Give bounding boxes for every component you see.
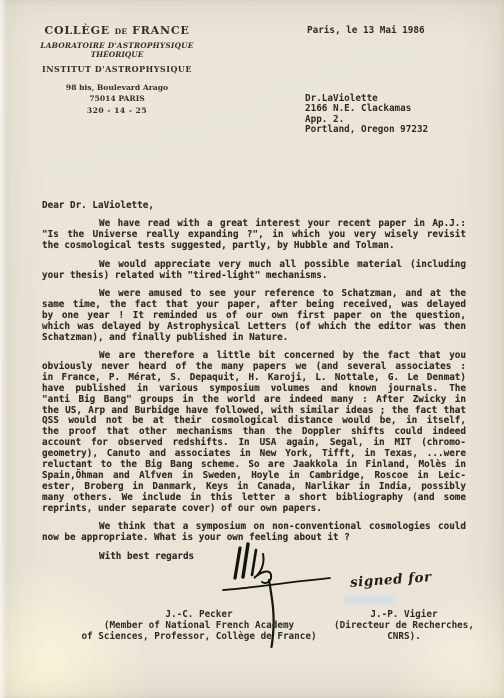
- text-line: your thesis) related with "tired-light" …: [42, 271, 466, 282]
- letterhead-org-name: COLLÈGE DE FRANCE: [34, 24, 200, 37]
- text-line: We would appreciate very much all possib…: [42, 260, 466, 271]
- signer-title-vigier: (Directeur de Recherches,CNRS).: [325, 620, 483, 642]
- letter-paragraph: We are therefore a little bit concerned …: [42, 351, 466, 515]
- letter-body: Dear Dr. LaViolette, We have read with a…: [42, 201, 466, 563]
- text-line: (Member of National French Academy: [38, 620, 360, 631]
- letterhead-institute: INSTITUT D'ASTROPHYSIQUE: [34, 64, 200, 74]
- org-word-de: DE: [115, 27, 128, 36]
- signer-name-pecker: J.-C. Pecker: [38, 609, 360, 620]
- letter-paragraph: We were amused to see your reference to …: [42, 289, 466, 344]
- letter-paragraph: We would appreciate very much all possib…: [42, 260, 466, 282]
- letterhead-street: 98 bis, Boulevard Arago: [34, 82, 200, 93]
- letter-paragraph: We have read with a great interest your …: [42, 219, 466, 252]
- signature-left: J.-C. Pecker (Member of National French …: [38, 609, 360, 642]
- text-line: now be appropriate. What is your own fee…: [42, 533, 466, 544]
- text-line: of Sciences, Professor, Collège de Franc…: [38, 631, 360, 642]
- text-line: reprints, under separate cover) of our o…: [42, 504, 466, 515]
- letterhead: COLLÈGE DE FRANCE LABORATOIRE D'ASTROPHY…: [34, 24, 200, 115]
- letter-paragraph: We think that a symposium on non-convent…: [42, 522, 466, 544]
- paragraphs-container: We have read with a great interest your …: [42, 219, 466, 543]
- text-line: Schatzman), and finally published in Nat…: [42, 333, 466, 344]
- signature-right: J.-P. Vigier (Directeur de Recherches,CN…: [325, 609, 483, 642]
- scanned-letter-page: COLLÈGE DE FRANCE LABORATOIRE D'ASTROPHY…: [0, 0, 504, 698]
- correction-smudge: [344, 595, 394, 605]
- text-line: "anti Big Bang" groups in the world are …: [42, 395, 466, 406]
- letterhead-city: 75014 PARIS: [34, 93, 200, 104]
- recipient-address: Dr.LaViolette2166 N.E. ClackamasApp. 2.P…: [305, 94, 428, 136]
- text-line: which was delayed by Astrophysical Lette…: [42, 322, 466, 333]
- org-word-france: FRANCE: [132, 24, 189, 37]
- dateline: Paris, le 13 Mai 1986: [307, 25, 425, 36]
- text-line: the cosmological tests suggested, partly…: [42, 241, 466, 252]
- text-line: Portland, Oregon 97232: [305, 125, 428, 135]
- text-line: CNRS).: [325, 631, 483, 642]
- signer-title-pecker: (Member of National French Academyof Sci…: [38, 620, 360, 642]
- text-line: (Directeur de Recherches,: [325, 620, 483, 631]
- closing-phrase: With best regards: [42, 552, 466, 563]
- salutation: Dear Dr. LaViolette,: [42, 201, 466, 212]
- signed-for-handwriting: signed for: [350, 569, 433, 591]
- letterhead-laboratory-line2: THÉORIQUE: [34, 51, 200, 60]
- org-word-college: COLLÈGE: [44, 24, 110, 37]
- text-line: have published in various symposium volu…: [42, 384, 466, 395]
- letterhead-phone: 320 - 14 - 25: [34, 106, 200, 115]
- signer-name-vigier: J.-P. Vigier: [325, 609, 483, 620]
